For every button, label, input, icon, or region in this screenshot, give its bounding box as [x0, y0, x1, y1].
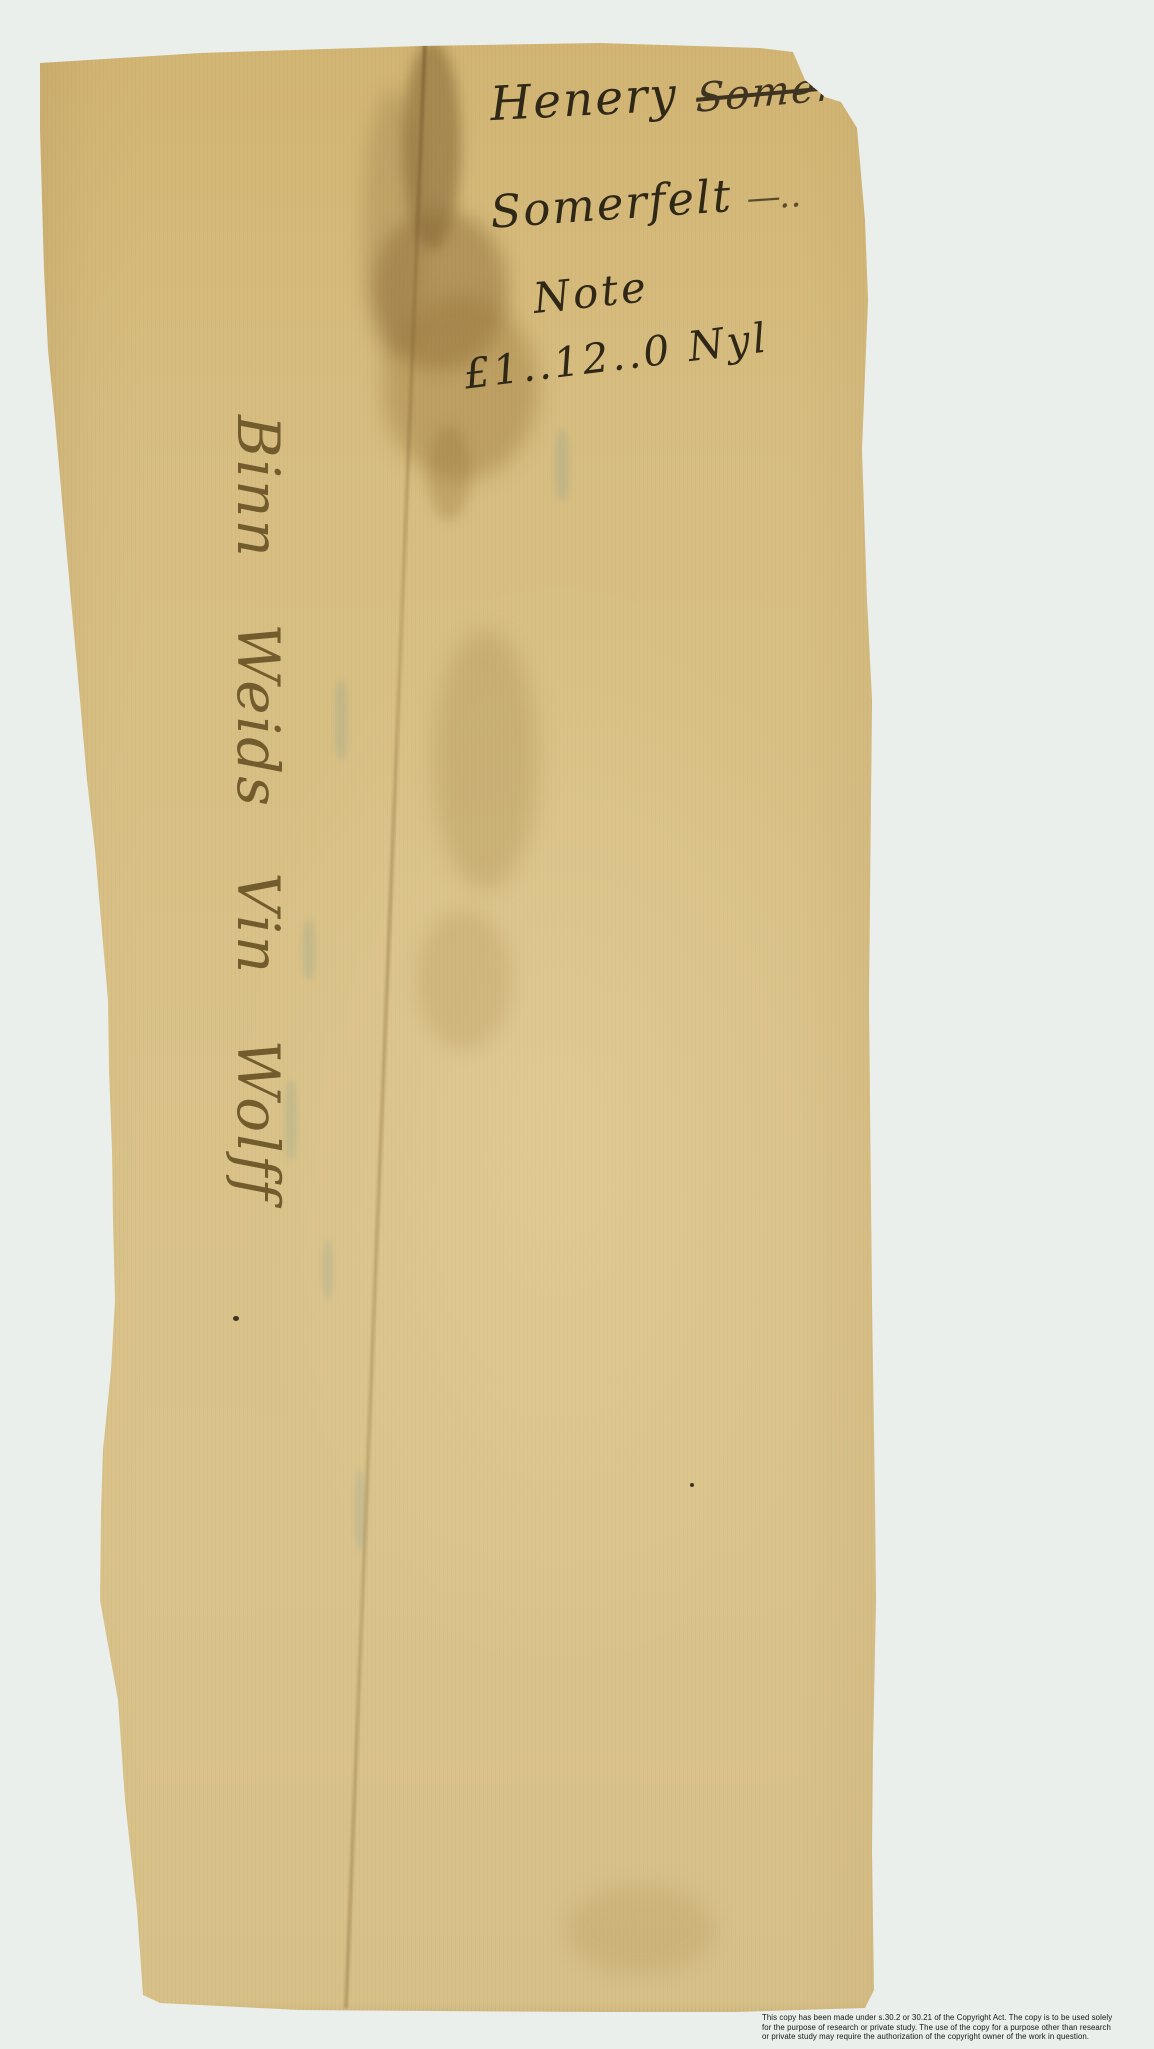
handwriting-name-text: Henery	[489, 67, 680, 132]
copyright-stamp: This copy has been made under s.30.2 or …	[762, 2013, 1112, 2042]
handwriting-side-note: Binn Weids Vin Wolff	[170, 415, 340, 1320]
handwriting-line-note: Note	[531, 262, 651, 323]
handwriting-line-name: HenerySomer	[489, 59, 840, 132]
scan-background: HenerySomer Somerfelt—‥ Note £1..12..0 N…	[0, 0, 1154, 2049]
copyright-line-3: or private study may require the authori…	[762, 2032, 1112, 2042]
handwriting-line-surname: Somerfelt—‥	[489, 164, 801, 238]
copyright-line-1: This copy has been made under s.30.2 or …	[762, 2013, 1112, 2023]
bottom-smudge	[565, 1885, 715, 1975]
copyright-line-2: for the purpose of research or private s…	[762, 2023, 1112, 2033]
showthrough-mark	[555, 430, 569, 500]
paper-fragment: HenerySomer Somerfelt—‥ Note £1..12..0 N…	[35, 40, 880, 2015]
showthrough-mark	[355, 1470, 365, 1550]
fold-stain-mid	[433, 630, 538, 890]
fold-stain-lower	[417, 910, 512, 1050]
handwriting-surname-text: Somerfelt	[489, 169, 735, 239]
ink-speck	[690, 1483, 694, 1487]
handwriting-flourish-dash: —‥	[745, 175, 800, 219]
fold-stain-drip	[428, 425, 470, 520]
handwriting-struck-text: Somer	[695, 63, 839, 122]
